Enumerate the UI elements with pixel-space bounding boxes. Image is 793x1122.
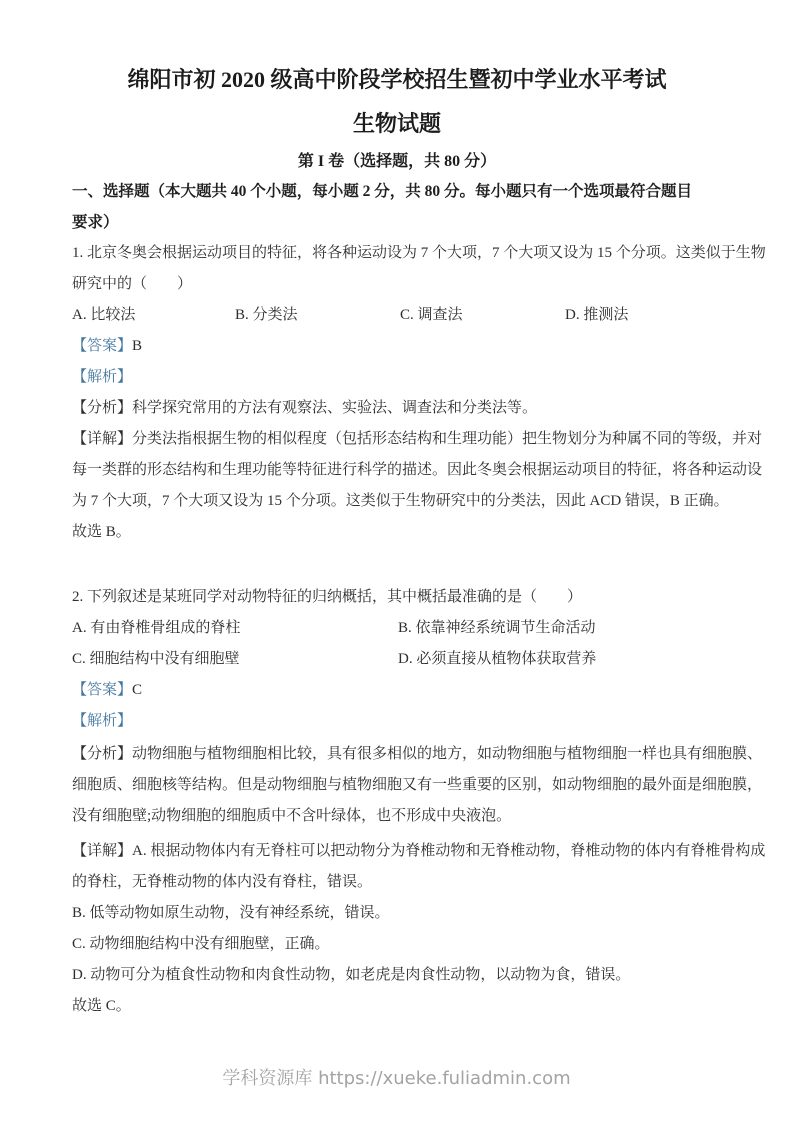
q2-answer-label: 【答案】 (72, 682, 132, 698)
q1-options-row: A. 比较法 B. 分类法 C. 调查法 D. 推测法 (72, 300, 722, 331)
q1-option-d: D. 推测法 (565, 300, 628, 331)
q1-detail-line-3: 为 7 个大项，7 个大项又设为 15 个分项。这类似于生物研究中的分类法，因此… (72, 486, 722, 517)
q2-detail-a-line-2: 的脊柱，无脊椎动物的体内没有脊柱，错误。 (72, 867, 722, 898)
q1-conclusion: 故选 B。 (72, 517, 722, 548)
q2-stem: 2. 下列叙述是某班同学对动物特征的归纳概括，其中概括最准确的是（ ） (72, 582, 722, 613)
q1-detail-line-2: 每一类群的形态结构和生理功能等特征进行科学的描述。因此冬奥会根据运动项目的特征，… (72, 455, 722, 486)
exam-subtitle: 生物试题 (72, 108, 722, 140)
q1-analysis-label: 【解析】 (72, 369, 132, 385)
q1-stem-line-2: 研究中的（ ） (72, 269, 722, 300)
q1-option-c: C. 调查法 (400, 300, 565, 331)
q2-answer-line: 【答案】C (72, 675, 722, 706)
q2-options-row-cd: C. 细胞结构中没有细胞壁 D. 必须直接从植物体获取营养 (72, 644, 722, 675)
q2-option-d: D. 必须直接从植物体获取营养 (398, 644, 596, 675)
intro-line-2: 要求） (72, 207, 722, 238)
question-2: 2. 下列叙述是某班同学对动物特征的归纳概括，其中概括最准确的是（ ） A. 有… (72, 582, 722, 1022)
exam-title: 绵阳市初 2020 级高中阶段学校招生暨初中学业水平考试 (72, 64, 722, 96)
q1-detail-line-1: 【详解】分类法指根据生物的相似程度（包括形态结构和生理功能）把生物划分为种属不同… (72, 424, 722, 455)
q1-answer-label: 【答案】 (72, 338, 132, 354)
q2-analysis-line-2: 细胞质、细胞核等结构。但是动物细胞与植物细胞又有一些重要的区别，如动物细胞的最外… (72, 770, 722, 801)
q2-detail-c: C. 动物细胞结构中没有细胞壁，正确。 (72, 929, 722, 960)
q1-analysis-text: 【分析】科学探究常用的方法有观察法、实验法、调查法和分类法等。 (72, 393, 722, 424)
q2-analysis-line-3: 没有细胞壁;动物细胞的细胞质中不含叶绿体，也不形成中央液泡。 (72, 801, 722, 832)
q2-analysis-label: 【解析】 (72, 713, 132, 729)
q2-analysis-line-1: 【分析】动物细胞与植物细胞相比较，具有很多相似的地方，如动物细胞与植物细胞一样也… (72, 739, 722, 770)
q2-detail-b: B. 低等动物如原生动物，没有神经系统，错误。 (72, 898, 722, 929)
q2-options-row-ab: A. 有由脊椎骨组成的脊柱 B. 依靠神经系统调节生命活动 (72, 613, 722, 644)
document-body: 绵阳市初 2020 级高中阶段学校招生暨初中学业水平考试 生物试题 第 I 卷（… (72, 0, 722, 1022)
q2-detail-d: D. 动物可分为植食性动物和肉食性动物，如老虎是肉食性动物，以动物为食，错误。 (72, 960, 722, 991)
q1-analysis-header: 【解析】 (72, 362, 722, 393)
footer-credit-link[interactable]: 学科资源库 https://xueke.fuliadmin.com (0, 1066, 793, 1092)
q2-answer-value: C (132, 682, 142, 698)
question-1: 1. 北京冬奥会根据运动项目的特征，将各种运动设为 7 个大项，7 个大项又设为… (72, 238, 722, 548)
exam-document-page: 绵阳市初 2020 级高中阶段学校招生暨初中学业水平考试 生物试题 第 I 卷（… (0, 0, 793, 1122)
q2-conclusion: 故选 C。 (72, 991, 722, 1022)
q2-option-b: B. 依靠神经系统调节生命活动 (398, 613, 596, 644)
intro-line-1: 一、选择题（本大题共 40 个小题，每小题 2 分，共 80 分。每小题只有一个… (72, 176, 722, 207)
q1-answer-line: 【答案】B (72, 331, 722, 362)
q1-stem-line-1: 1. 北京冬奥会根据运动项目的特征，将各种运动设为 7 个大项，7 个大项又设为… (72, 238, 722, 269)
q2-detail-a-line-1: 【详解】A. 根据动物体内有无脊柱可以把动物分为脊椎动物和无脊椎动物，脊椎动物的… (72, 836, 722, 867)
q1-answer-value: B (132, 338, 142, 354)
q2-option-a: A. 有由脊椎骨组成的脊柱 (72, 613, 398, 644)
q2-analysis-header: 【解析】 (72, 706, 722, 737)
q1-option-b: B. 分类法 (235, 300, 400, 331)
section-heading: 第 I 卷（选择题，共 80 分） (72, 148, 722, 176)
q2-option-c: C. 细胞结构中没有细胞壁 (72, 644, 398, 675)
q1-option-a: A. 比较法 (72, 300, 235, 331)
